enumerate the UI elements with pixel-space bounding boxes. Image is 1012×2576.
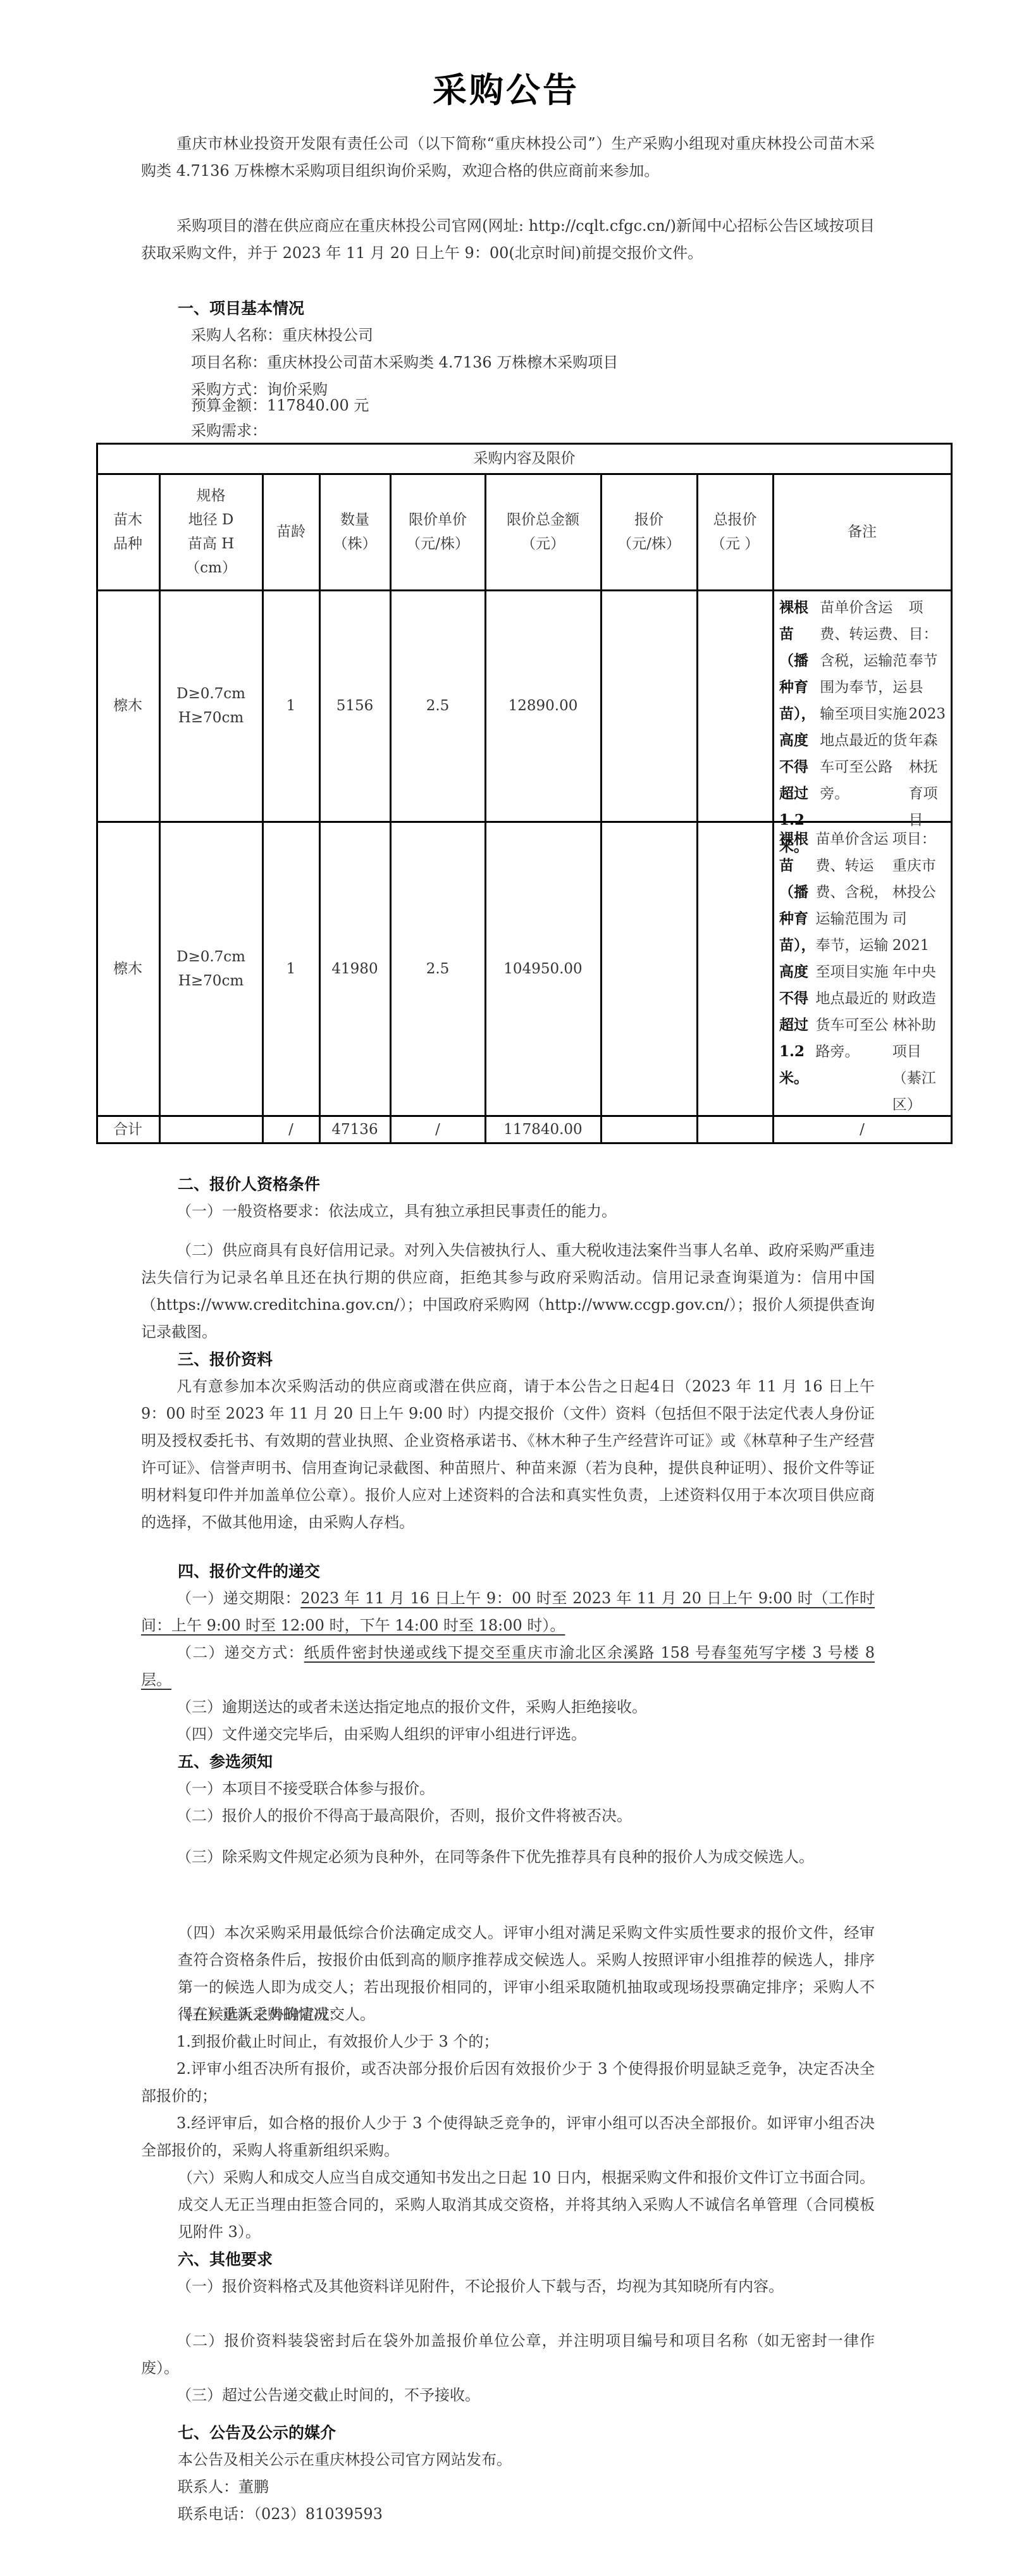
section-5-paragraph-5: （五）重新采购的情况： [141,2001,875,2028]
table-row-2-note: 裸根苗（播种育苗），高度不得超过1.2米。 苗单价含运费、转运费、含税，运输范围… [774,822,951,1115]
table-row-1-total-limit: 12890.00 [485,591,601,821]
intro-paragraph-1: 重庆市林业投资开发限有责任公司（以下简称“重庆林投公司”）生产采购小组现对重庆林… [141,130,875,185]
col-header-age: 苗龄 [262,474,319,589]
table-border [96,1142,953,1144]
project-name: 项目名称：重庆林投公司苗木采购类 4.7136 万株檫木采购项目 [191,349,618,376]
table-row-1-quote [601,591,697,821]
section-1-heading: 一、项目基本情况 [178,295,304,322]
table-total-unit-limit: / [390,1116,485,1142]
section-4-delivery: （二）递交方式：纸质件密封快递或线下提交至重庆市渝北区余溪路 158 号春玺苑写… [141,1639,875,1694]
procurement-demand-label: 采购需求： [191,417,267,445]
header-text: 限价总金额 [507,508,579,532]
section-6-heading: 六、其他要求 [178,2246,273,2273]
header-text: （元 ） [711,532,759,556]
section-5-heading: 五、参选须知 [178,1748,273,1775]
table-total-age: / [262,1116,319,1142]
intro-paragraph-2: 采购项目的潜在供应商应在重庆林投公司官网(网址: http://cqlt.cfg… [141,213,875,267]
section-2-paragraph-1: （一）一般资格要求：依法成立，具有独立承担民事责任的能力。 [141,1198,875,1225]
contact-phone: 联系电话：（023）81039593 [178,2501,383,2528]
spec-diameter: D≥0.7cm [176,945,245,969]
page-title: 采购公告 [0,63,1012,112]
section-2-paragraph-2: （二）供应商具有良好信用记录。对列入失信被执行人、重大税收违法案件当事人名单、政… [141,1237,875,1346]
spec-height: H≥70cm [178,706,244,730]
table-row-2-quote [601,822,697,1115]
section-3-paragraph-1: 凡有意参加本次采购活动的供应商或潜在供应商，请于本公告之日起4日（2023 年 … [141,1373,875,1536]
note-highlight: 裸根苗（播种育苗），高度不得超过1.2米。 [779,826,816,1092]
section-5-item-2: 2.评审小组否决所有报价，或否决部分报价后因有效报价少于 3 个使得报价明显缺乏… [141,2055,875,2110]
note-body: 苗单价含运费、转运费、含税，运输范围为奉节，运输至项目实施地点最近的货车可至公路… [820,595,908,807]
section-5-paragraph-3: （三）除采购文件规定必须为良种外，在同等条件下优先推荐具有良种的报价人为成交候选… [141,1837,875,1877]
header-text: （元/株） [617,532,681,556]
contact-person: 联系人：董鹏 [178,2474,269,2501]
col-header-total-limit: 限价总金额 （元） [485,474,601,589]
section-4-heading: 四、报价文件的递交 [178,1558,320,1585]
section-5-item-1: 1.到报价截止时间止，有效报价人少于 3 个的； [141,2028,875,2055]
header-text: 苗木 [113,508,142,532]
table-row-1-unit-limit: 2.5 [390,591,485,821]
table-row-2-total-limit: 104950.00 [485,822,601,1115]
table-row-2-species: 檫木 [96,822,159,1115]
section-3-heading: 三、报价资料 [178,1346,273,1373]
procurement-table: 采购内容及限价 苗木 品种 规格 地径 D 苗高 H （cm） 苗龄 数量 （株… [96,443,953,1144]
section-5-paragraph-1: （一）本项目不接受联合体参与报价。 [141,1775,875,1803]
table-row-1-spec: D≥0.7cm H≥70cm [159,591,262,821]
section-4-paragraph-3: （三）逾期送达的或者未送达指定地点的报价文件，采购人拒绝接收。 [141,1694,875,1721]
table-total-quote [601,1116,697,1142]
section-4-paragraph-4: （四）文件递交完毕后，由采购人组织的评审小组进行评选。 [141,1721,875,1748]
section-6-paragraph-3: （三）超过公告递交截止时间的，不予接收。 [141,2382,875,2409]
header-text: 备注 [848,520,877,544]
col-header-species: 苗木 品种 [96,474,159,589]
header-text: （株） [333,532,377,556]
col-header-quantity: 数量 （株） [319,474,390,589]
header-text: 地径 D [188,508,234,532]
section-7-heading: 七、公告及公示的媒介 [178,2419,336,2446]
col-header-quote: 报价 （元/株） [601,474,697,589]
table-row-2-total-quote [697,822,773,1115]
note-highlight: 裸根苗（播种育苗），高度不得超过1.2米。 [779,595,820,860]
table-caption: 采购内容及限价 [96,443,953,474]
section-5-item-3: 3.经评审后，如合格的报价人少于 3 个使得缺乏竞争的，评审小组可以否决全部报价… [141,2110,875,2164]
table-total-label: 合计 [96,1116,159,1142]
header-text: 报价 [634,508,663,532]
table-total-spec [159,1116,262,1142]
note-body: 苗单价含运费、转运费、含税，运输范围为奉节，运输至项目实施地点最近的货车可至公路… [816,826,892,1065]
header-text: （cm） [185,556,237,580]
table-row-2-quantity: 41980 [319,822,390,1115]
table-total-limit: 117840.00 [485,1116,601,1142]
header-text: （元） [521,532,565,556]
section-5-paragraph-6: （六）采购人和成交人应当自成交通知书发出之日起 10 日内，根据采购文件和报价文… [141,2164,875,2246]
header-text: （元/株） [406,532,469,556]
budget-amount: 预算金额：117840.00 元 [191,392,369,419]
table-row-1-quantity: 5156 [319,591,390,821]
table-total-note: / [773,1116,951,1142]
table-row-2-spec: D≥0.7cm H≥70cm [159,822,262,1115]
section-6-paragraph-1: （一）报价资料格式及其他资料详见附件，不论报价人下载与否，均视为其知晓所有内容。 [141,2273,875,2300]
section-5-paragraph-2: （二）报价人的报价不得高于最高限价，否则，报价文件将被否决。 [141,1803,875,1830]
purchaser-name: 采购人名称：重庆林投公司 [191,322,373,349]
spec-height: H≥70cm [178,969,244,993]
table-row-1-total-quote [697,591,773,821]
spec-diameter: D≥0.7cm [176,682,245,706]
col-header-total-quote: 总报价 （元 ） [697,474,773,589]
section-2-heading: 二、报价人资格条件 [178,1171,320,1198]
col-header-unit-limit: 限价单价 （元/株） [390,474,485,589]
section-7-paragraph-1: 本公告及相关公示在重庆林投公司官方网站发布。 [178,2446,512,2474]
table-total-quantity: 47136 [319,1116,390,1142]
table-row-1-age: 1 [262,591,319,821]
header-text: 苗龄 [276,520,305,544]
delivery-label: （二）递交方式： [176,1644,304,1661]
note-project: 项目：重庆市林投公司 2021 年中央财政造林补助项目（綦江区） [892,826,946,1118]
section-6-paragraph-2: （二）报价资料装袋密封后在袋外加盖报价单位公章，并注明项目编号和项目名称（如无密… [141,2327,875,2382]
table-row-1-note: 裸根苗（播种育苗），高度不得超过1.2米。 苗单价含运费、转运费、含税，运输范围… [774,591,951,821]
table-row-2-unit-limit: 2.5 [390,822,485,1115]
header-text: 数量 [340,508,369,532]
deadline-label: （一）递交期限： [176,1589,300,1607]
table-row-1-species: 檫木 [96,591,159,821]
table-total-total-quote [697,1116,773,1142]
header-text: 限价单价 [409,508,467,532]
header-text: 规格 [197,484,226,508]
header-text: 苗高 H [188,532,234,556]
col-header-spec: 规格 地径 D 苗高 H （cm） [159,474,262,589]
header-text: 品种 [113,532,142,556]
col-header-note: 备注 [773,474,951,589]
header-text: 总报价 [713,508,757,532]
note-project: 项目：奉节县2023年森林抚育项目 [908,595,946,834]
table-row-2-age: 1 [262,822,319,1115]
section-4-deadline: （一）递交期限：2023 年 11 月 16 日上午 9：00 时至 2023 … [141,1585,875,1639]
